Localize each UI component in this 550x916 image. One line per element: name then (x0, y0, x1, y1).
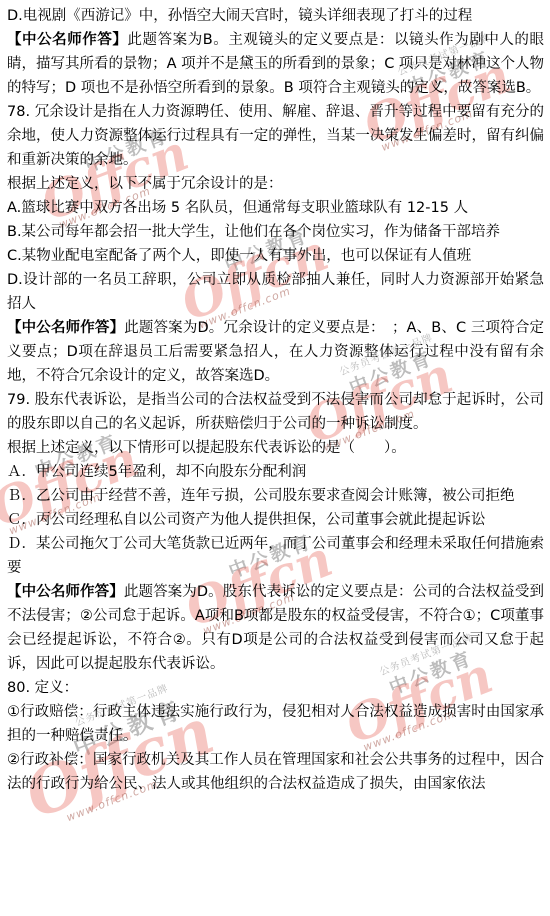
paragraph: 根据上述定义，以下不属于冗余设计的是： (7, 172, 544, 196)
paragraph-text: Ｄ．某公司拖欠丁公司大笔货款已近两年，而丁公司董事会和经理未采取任何措施索要 (7, 536, 544, 576)
paragraph: ②行政补偿：国家行政机关及其工作人员在管理国家和社会公共事务的过程中，因合法的行… (7, 748, 544, 796)
paragraph-text: ①行政赔偿：行政主体违法实施行政行为，侵犯相对人合法权益造成损害时由国家承担的一… (7, 704, 544, 744)
paragraph-text: 78. 冗余设计是指在人力资源聘任、使用、解雇、辞退、晋升等过程中要留有充分的余… (7, 104, 544, 168)
paragraph: D.电视剧《西游记》中，孙悟空大闹天宫时，镜头详细表现了打斗的过程 (7, 4, 544, 28)
paragraph-text: B.某公司每年都会招一批大学生，让他们在各个岗位实习，作为储备干部培养 (7, 224, 500, 240)
paragraph-text: 根据上述定义，以下不属于冗余设计的是： (7, 176, 283, 192)
paragraph: 80. 定义： (7, 676, 544, 700)
answer-section-label: 【中公名师作答】 (7, 32, 127, 48)
paragraph: 【中公名师作答】此题答案为B。主观镜头的定义要点是：以镜头作为剧中人的眼睛，描写… (7, 28, 544, 100)
paragraph-text: 根据上述定义，以下情形可以提起股东代表诉讼的是（ ）。 (7, 440, 406, 456)
paragraph: 79. 股东代表诉讼，是指当公司的合法权益受到不法侵害而公司却怠于起诉时，公司的… (7, 388, 544, 436)
paragraph-text: Ｃ．丙公司经理私自以公司资产为他人提供担保，公司董事会就此提起诉讼 (7, 512, 486, 528)
answer-section-label: 【中公名师作答】 (7, 584, 124, 600)
paragraph: Ｄ．某公司拖欠丁公司大笔货款已近两年，而丁公司董事会和经理未采取任何措施索要 (7, 532, 544, 580)
document-body: D.电视剧《西游记》中，孙悟空大闹天宫时，镜头详细表现了打斗的过程 【中公名师作… (7, 4, 544, 796)
paragraph: Ｂ．乙公司由于经营不善，连年亏损，公司股东要求查阅会计账簿，被公司拒绝 (7, 484, 544, 508)
paragraph: A.篮球比赛中双方各出场 5 名队员，但通常每支职业篮球队有 12-15 人 (7, 196, 544, 220)
paragraph: ①行政赔偿：行政主体违法实施行政行为，侵犯相对人合法权益造成损害时由国家承担的一… (7, 700, 544, 748)
paragraph: Ａ．甲公司连续5年盈利，却不向股东分配利润 (7, 460, 544, 484)
paragraph-text: D.设计部的一名员工辞职，公司立即从质检部抽人兼任，同时人力资源部开始紧急招人 (7, 272, 544, 312)
answer-section-label: 【中公名师作答】 (7, 320, 124, 336)
paragraph-text: A.篮球比赛中双方各出场 5 名队员，但通常每支职业篮球队有 12-15 人 (7, 200, 468, 216)
paragraph-text: 79. 股东代表诉讼，是指当公司的合法权益受到不法侵害而公司却怠于起诉时，公司的… (7, 392, 544, 432)
paragraph-text: Ａ．甲公司连续5年盈利，却不向股东分配利润 (7, 464, 306, 480)
paragraph-text: D.电视剧《西游记》中，孙悟空大闹天宫时，镜头详细表现了打斗的过程 (7, 8, 472, 24)
paragraph-text: Ｂ．乙公司由于经营不善，连年亏损，公司股东要求查阅会计账簿，被公司拒绝 (7, 488, 515, 504)
paragraph: 【中公名师作答】此题答案为D。冗余设计的定义要点是： ；A、B、C 三项符合定义… (7, 316, 544, 388)
paragraph-text: ②行政补偿：国家行政机关及其工作人员在管理国家和社会公共事务的过程中，因合法的行… (7, 752, 544, 792)
paragraph: 根据上述定义，以下情形可以提起股东代表诉讼的是（ ）。 (7, 436, 544, 460)
paragraph: C.某物业配电室配备了两个人，即使一人有事外出，也可以保证有人值班 (7, 244, 544, 268)
paragraph: D.设计部的一名员工辞职，公司立即从质检部抽人兼任，同时人力资源部开始紧急招人 (7, 268, 544, 316)
paragraph-text: C.某物业配电室配备了两个人，即使一人有事外出，也可以保证有人值班 (7, 248, 471, 264)
paragraph: 【中公名师作答】此题答案为D。股东代表诉讼的定义要点是：公司的合法权益受到不法侵… (7, 580, 544, 676)
paragraph-text: 80. 定义： (7, 680, 78, 696)
paragraph: Ｃ．丙公司经理私自以公司资产为他人提供担保，公司董事会就此提起诉讼 (7, 508, 544, 532)
paragraph: B.某公司每年都会招一批大学生，让他们在各个岗位实习，作为储备干部培养 (7, 220, 544, 244)
paragraph: 78. 冗余设计是指在人力资源聘任、使用、解雇、辞退、晋升等过程中要留有充分的余… (7, 100, 544, 172)
